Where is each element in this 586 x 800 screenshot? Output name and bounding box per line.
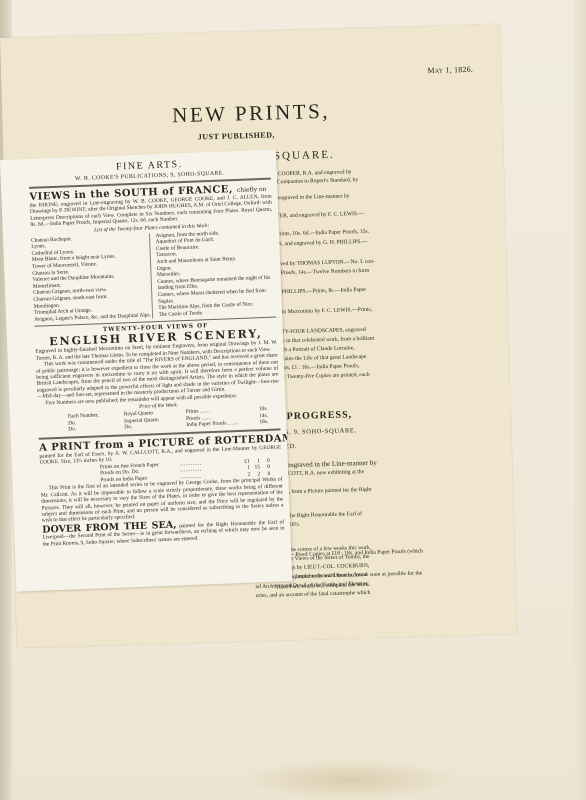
progress-line: uries, and an account of the fatal catas… <box>256 591 371 600</box>
sheet-subtitle: JUST PUBLISHED, <box>198 130 275 141</box>
sheet-title: NEW PRINTS, <box>172 99 330 128</box>
section-river-scenery: TWENTY-FOUR VIEWS OF ENGLISH RIVER SCENE… <box>35 321 281 435</box>
plates-right-column: Avignon, from the north side.Aqueduct of… <box>148 228 276 318</box>
fine-arts-clipping: FINE ARTS. W. B. COOKE'S PUBLICATIONS, 9… <box>0 149 292 591</box>
price-kind: India Paper Proofs …… <box>186 420 248 429</box>
section-rotterdam: A PRINT from a PICTURE of ROTTERDAM, pai… <box>39 433 284 524</box>
section-south-of-france: VIEWS in the SOUTH of FRANCE, chiefly on… <box>29 183 276 324</box>
footer-line: Third Part, which will complete the Work… <box>275 582 370 591</box>
plates-left-column: Chateau Rochepot.Lyons.Cathedral of Lyon… <box>31 233 152 323</box>
plates-list: Chateau Rochepot.Lyons.Cathedral of Lyon… <box>31 228 276 323</box>
sheet-body: y ABRAHAM COOPER, R.A. and engraved by E… <box>244 167 464 173</box>
sheet-date: May 1, 1826. <box>427 65 473 75</box>
price-size: Do. <box>124 422 186 431</box>
price-label: Do. <box>68 425 124 434</box>
price-value: 18s. <box>248 419 268 426</box>
paper-stain <box>240 760 460 800</box>
section-dover: DOVER FROM THE SEA, painted for the Righ… <box>42 518 285 547</box>
page-right-edge <box>574 0 586 800</box>
section-title-tail: chiefly on <box>237 186 267 194</box>
section-text: This Print is the first of an intended s… <box>41 477 284 525</box>
